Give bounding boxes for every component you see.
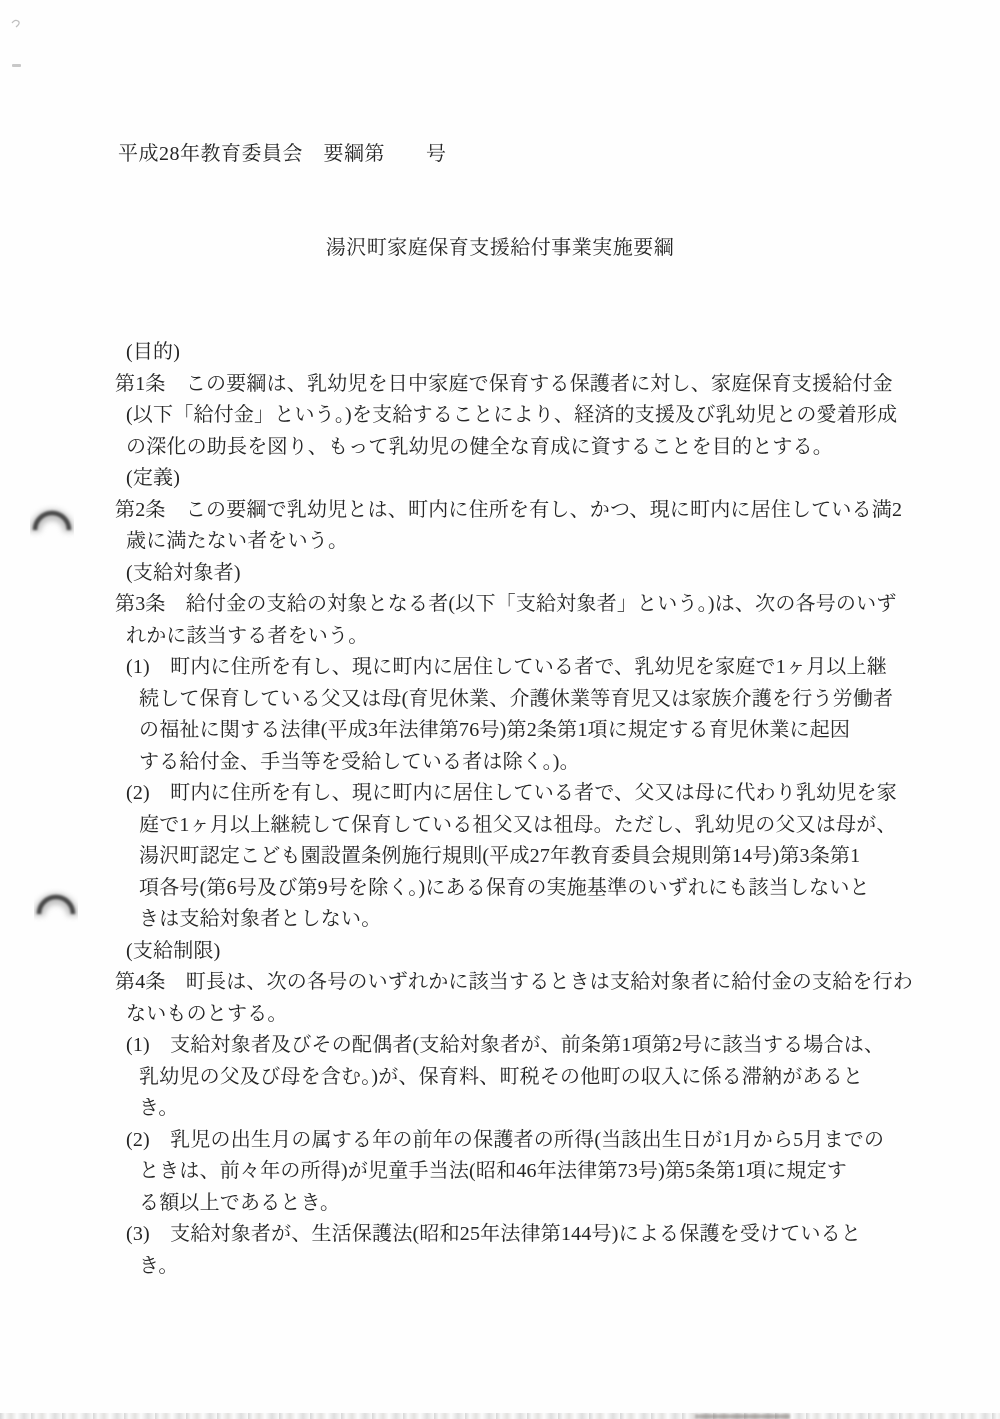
item-line: き。 xyxy=(0,1251,1000,1283)
item-line: き。 xyxy=(0,1093,1000,1125)
article-line: 第2条 この要綱で乳幼児とは、町内に住所を有し、かつ、現に町内に居住している満2 xyxy=(0,495,1000,527)
item-line: ときは、前々年の所得)が児童手当法(昭和46年法律第73号)第5条第1項に規定す xyxy=(0,1156,1000,1188)
item-line: 乳幼児の父及び母を含む。)が、保育料、町税その他町の収入に係る滞納があると xyxy=(0,1062,1000,1094)
item-line: きは支給対象者としない。 xyxy=(0,904,1000,936)
scan-artifact-squiggle xyxy=(10,18,22,30)
document-number-line: 平成28年教育委員会 要綱第 号 xyxy=(118,141,447,167)
item-line: 庭で1ヶ月以上継続して保育している祖父又は祖母。ただし、乳幼児の父又は母が、 xyxy=(0,810,1000,842)
scan-edge-dark-blob xyxy=(695,1414,790,1419)
scan-edge-bottom xyxy=(0,1413,1000,1419)
document-body: (目的) 第1条 この要綱は、乳幼児を日中家庭で保育する保護者に対し、家庭保育支… xyxy=(0,337,1000,1282)
item-line: る額以上であるとき。 xyxy=(0,1188,1000,1220)
item-line: 続して保育している父又は母(育児休業、介護休業等育児又は家族介護を行う労働者 xyxy=(0,684,1000,716)
article-line: れかに該当する者をいう。 xyxy=(0,621,1000,653)
article-line: ないものとする。 xyxy=(0,999,1000,1031)
article-line: の深化の助長を図り、もって乳幼児の健全な育成に資することを目的とする。 xyxy=(0,432,1000,464)
item-line: (2) 乳児の出生月の属する年の前年の保護者の所得(当該出生日が1月から5月まで… xyxy=(0,1125,1000,1157)
item-line: (3) 支給対象者が、生活保護法(昭和25年法律第144号)による保護を受けてい… xyxy=(0,1219,1000,1251)
section-label: (目的) xyxy=(0,337,1000,369)
item-line: する給付金、手当等を受給している者は除く。)。 xyxy=(0,747,1000,779)
page-title: 湯沢町家庭保育支援給付事業実施要綱 xyxy=(0,234,1000,262)
article-line: (以下「給付金」という。)を支給することにより、経済的支援及び乳幼児との愛着形成 xyxy=(0,400,1000,432)
item-line: 項各号(第6号及び第9号を除く。)にある保育の実施基準のいずれにも該当しないと xyxy=(0,873,1000,905)
article-line: 歳に満たない者をいう。 xyxy=(0,526,1000,558)
section-label: (支給制限) xyxy=(0,936,1000,968)
item-line: の福祉に関する法律(平成3年法律第76号)第2条第1項に規定する育児休業に起因 xyxy=(0,715,1000,747)
item-line: (1) 町内に住所を有し、現に町内に居住している者で、乳幼児を家庭で1ヶ月以上継 xyxy=(0,652,1000,684)
article-line: 第1条 この要綱は、乳幼児を日中家庭で保育する保護者に対し、家庭保育支援給付金 xyxy=(0,369,1000,401)
article-line: 第3条 給付金の支給の対象となる者(以下「支給対象者」という。)は、次の各号のい… xyxy=(0,589,1000,621)
section-label: (支給対象者) xyxy=(0,558,1000,590)
item-line: (2) 町内に住所を有し、現に町内に居住している者で、父又は母に代わり乳幼児を家 xyxy=(0,778,1000,810)
scanned-document-page: 平成28年教育委員会 要綱第 号 湯沢町家庭保育支援給付事業実施要綱 (目的) … xyxy=(0,0,1000,1419)
item-line: (1) 支給対象者及びその配偶者(支給対象者が、前条第1項第2号に該当する場合は… xyxy=(0,1030,1000,1062)
section-label: (定義) xyxy=(0,463,1000,495)
item-line: 湯沢町認定こども園設置条例施行規則(平成27年教育委員会規則第14号)第3条第1 xyxy=(0,841,1000,873)
article-line: 第4条 町長は、次の各号のいずれかに該当するときは支給対象者に給付金の支給を行わ xyxy=(0,967,1000,999)
scan-artifact-dash xyxy=(12,64,21,67)
